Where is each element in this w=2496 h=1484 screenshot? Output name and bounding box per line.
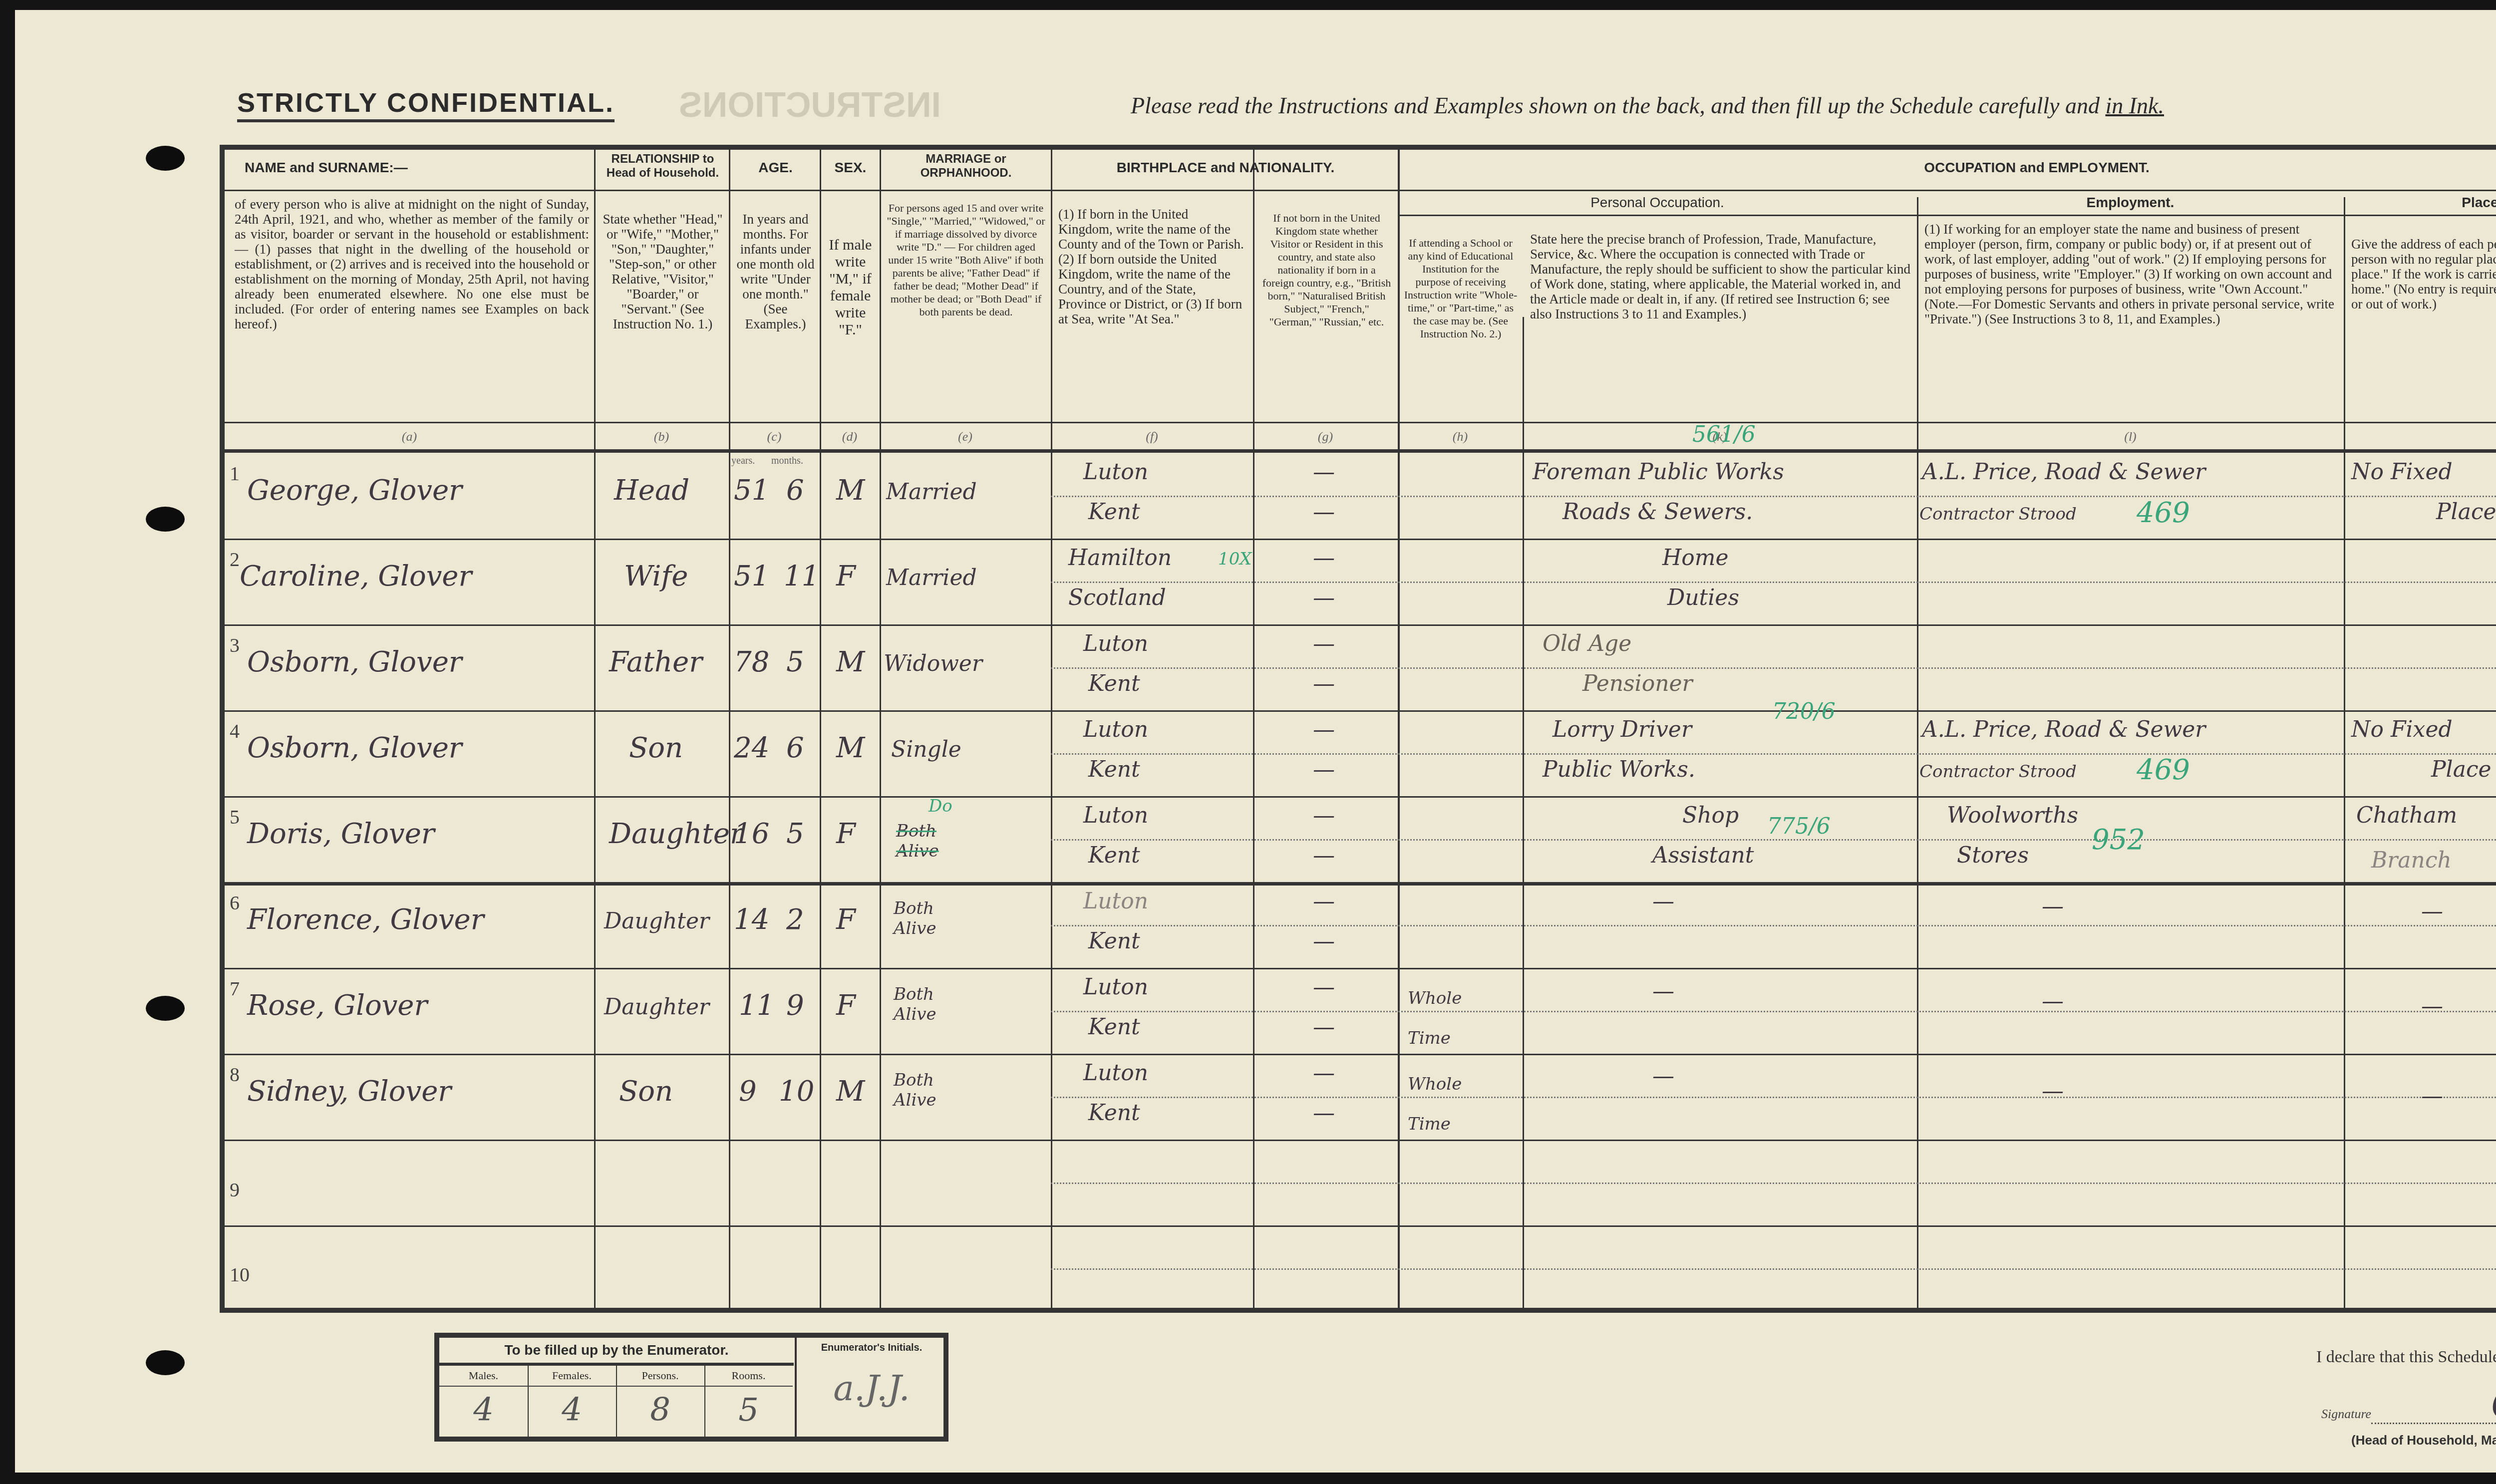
marriage-cell[interactable]: Both Alive bbox=[894, 1070, 953, 1110]
summary-heading: To be filled up by the Enumerator. bbox=[439, 1338, 794, 1366]
occupation-line-2[interactable]: Roads & Sewers. bbox=[1562, 499, 1753, 525]
col-c-title: AGE. bbox=[731, 160, 820, 176]
half-rule bbox=[1051, 925, 2496, 926]
name-cell[interactable]: Osborn, Glover bbox=[247, 732, 462, 764]
school-cell[interactable]: Whole Time bbox=[1408, 978, 1468, 1058]
age-months-cell[interactable]: 6 bbox=[786, 474, 804, 507]
rooms-value[interactable]: 5 bbox=[704, 1387, 793, 1434]
half-rule bbox=[1051, 1268, 2496, 1270]
marriage-struck-entry: Both Alive bbox=[896, 821, 956, 861]
birthplace-town[interactable]: Luton bbox=[1083, 1060, 1148, 1086]
sex-cell[interactable]: M bbox=[836, 646, 865, 678]
signature[interactable]: George Henry Glover, bbox=[2491, 1383, 2496, 1428]
workplace-line-2[interactable]: Branch bbox=[2371, 848, 2452, 873]
name-cell[interactable]: Florence, Glover bbox=[247, 903, 484, 936]
show-through-text: INSTRUCTIONS bbox=[679, 85, 941, 125]
col-g-instructions: If not born in the United Kingdom state … bbox=[1255, 210, 1398, 330]
sex-cell[interactable]: M bbox=[836, 474, 865, 507]
age-years-cell[interactable]: 51 bbox=[734, 560, 769, 593]
page-title: STRICTLY CONFIDENTIAL. bbox=[237, 87, 615, 122]
divider bbox=[1917, 197, 1918, 1308]
half-rule bbox=[1051, 582, 2496, 583]
relationship-cell[interactable]: Son bbox=[619, 1075, 673, 1108]
birthplace-county[interactable]: Kent bbox=[1088, 499, 1140, 525]
half-rule bbox=[1051, 839, 2496, 841]
name-cell[interactable]: Osborn, Glover bbox=[247, 646, 462, 678]
col-letter: (a) bbox=[225, 429, 594, 444]
row-rule bbox=[225, 796, 2496, 798]
employer-cell[interactable]: — bbox=[2042, 988, 2064, 1014]
age-years-cell[interactable]: 9 bbox=[739, 1075, 757, 1108]
punch-hole bbox=[146, 146, 185, 171]
males-value[interactable]: 4 bbox=[439, 1387, 528, 1434]
marriage-cell[interactable]: Both Alive bbox=[894, 984, 953, 1024]
workplace-cell[interactable]: — bbox=[2421, 898, 2443, 924]
occupation-cell[interactable]: — bbox=[1652, 889, 1674, 914]
age-years-cell[interactable]: 51 bbox=[734, 474, 769, 507]
age-months-cell[interactable]: 5 bbox=[786, 646, 804, 678]
col-e-instructions: For persons aged 15 and over write "Sing… bbox=[881, 200, 1051, 320]
col-letter: (m) bbox=[2344, 429, 2496, 444]
occupation-line-2[interactable]: Assistant bbox=[1652, 843, 1754, 868]
occupation-title: OCCUPATION and EMPLOYMENT. bbox=[1398, 160, 2496, 176]
nationality-cell[interactable]: — bbox=[1313, 1100, 1335, 1126]
nationality-cell[interactable]: — bbox=[1313, 545, 1335, 571]
half-rule bbox=[1051, 1097, 2496, 1098]
row-rule bbox=[225, 624, 2496, 626]
employer-line-1[interactable]: A.L. Price, Road & Sewer bbox=[1922, 459, 2205, 485]
col-e-title: MARRIAGE or ORPHANHOOD. bbox=[881, 152, 1051, 180]
census-table: NAME and SURNAME:— RELATIONSHIP to Head … bbox=[220, 145, 2496, 1313]
age-years-cell[interactable]: 14 bbox=[734, 903, 769, 936]
school-cell[interactable]: Whole Time bbox=[1408, 1064, 1468, 1144]
row-number: 8 bbox=[230, 1063, 240, 1086]
birthplace-town[interactable]: Luton bbox=[1083, 631, 1148, 656]
fill-instructions: Please read the Instructions and Example… bbox=[1131, 92, 2164, 119]
birthplace-town[interactable]: Luton bbox=[1083, 459, 1148, 485]
workplace-line-2[interactable]: Place Strood bbox=[2436, 499, 2496, 525]
persons-value[interactable]: 8 bbox=[616, 1387, 704, 1434]
employer-cell[interactable]: — bbox=[2042, 1078, 2064, 1104]
col-b-instructions: State whether "Head," or "Wife," "Mother… bbox=[597, 210, 729, 333]
workplace-cell[interactable]: — bbox=[2421, 1083, 2443, 1109]
relationship-cell[interactable]: Daughter bbox=[604, 908, 709, 934]
col-letter: (b) bbox=[594, 429, 729, 444]
males-field: Males. 4 bbox=[439, 1366, 529, 1438]
row-rule bbox=[225, 710, 2496, 712]
relationship-cell[interactable]: Wife bbox=[624, 560, 688, 593]
persons-field: Persons. 8 bbox=[616, 1366, 705, 1438]
persons-label: Persons. bbox=[616, 1366, 704, 1387]
occupation-code: 561/6 bbox=[1692, 422, 1756, 447]
initials-value[interactable]: a.J.J. bbox=[797, 1368, 946, 1409]
col-b-title: RELATIONSHIP to Head of Household. bbox=[597, 152, 729, 180]
relationship-cell[interactable]: Son bbox=[629, 732, 683, 764]
divider bbox=[1523, 317, 1524, 1308]
nationality-cell[interactable]: — bbox=[1313, 843, 1335, 868]
signature-note: (Head of Household, Manager of Establish… bbox=[2351, 1433, 2496, 1448]
sex-cell[interactable]: F bbox=[836, 989, 856, 1022]
age-years-sublabel: years. bbox=[731, 455, 755, 467]
col-l-instructions: (1) If working for an employer state the… bbox=[1919, 220, 2344, 328]
punch-hole bbox=[146, 1350, 185, 1375]
females-value[interactable]: 4 bbox=[528, 1387, 616, 1434]
row-rule bbox=[225, 539, 2496, 540]
marriage-cell[interactable]: Widower bbox=[884, 651, 982, 676]
employer-code: 469 bbox=[2137, 754, 2190, 786]
relationship-cell[interactable]: Daughter bbox=[609, 818, 743, 850]
row-number: 2 bbox=[230, 548, 240, 571]
col-d-title: SEX. bbox=[821, 160, 880, 176]
nationality-cell[interactable]: — bbox=[1313, 717, 1335, 742]
occupation-line-2[interactable]: Pensioner bbox=[1582, 671, 1693, 696]
nationality-cell[interactable]: — bbox=[1313, 757, 1335, 782]
name-cell[interactable]: Rose, Glover bbox=[247, 989, 427, 1022]
age-years-cell[interactable]: 78 bbox=[734, 646, 769, 678]
divider bbox=[2344, 197, 2345, 1308]
nationality-cell[interactable]: — bbox=[1313, 631, 1335, 656]
rooms-label: Rooms. bbox=[704, 1366, 793, 1387]
sex-cell[interactable]: F bbox=[836, 818, 856, 850]
name-cell[interactable]: Doris, Glover bbox=[247, 818, 435, 850]
age-months-cell[interactable]: 10 bbox=[779, 1075, 814, 1108]
occupation-line-1[interactable]: Foreman Public Works bbox=[1533, 459, 1784, 485]
birthplace-town[interactable]: Luton bbox=[1083, 889, 1148, 914]
birthplace-county[interactable]: Scotland bbox=[1068, 585, 1166, 610]
col-letter: (f) bbox=[1051, 429, 1253, 444]
employer-cell[interactable]: — bbox=[2042, 893, 2064, 919]
birthplace-county[interactable]: Kent bbox=[1088, 928, 1140, 954]
age-months-cell[interactable]: 6 bbox=[786, 732, 804, 764]
marriage-cell[interactable]: Do bbox=[929, 796, 952, 816]
birthplace-county[interactable]: Kent bbox=[1088, 1014, 1140, 1040]
row-number: 6 bbox=[230, 891, 240, 914]
sex-cell[interactable]: M bbox=[836, 732, 865, 764]
birthplace-county[interactable]: Kent bbox=[1088, 1100, 1140, 1126]
divider bbox=[594, 150, 596, 1308]
punch-hole bbox=[146, 996, 185, 1021]
declaration-text: I declare that this Schedule is correctl… bbox=[2316, 1348, 2496, 1367]
nationality-cell[interactable]: — bbox=[1313, 974, 1335, 1000]
marriage-cell[interactable]: Single bbox=[891, 737, 961, 762]
occupation-line-1[interactable]: Shop bbox=[1682, 803, 1739, 828]
name-cell[interactable]: Sidney, Glover bbox=[247, 1075, 451, 1108]
employer-code: 469 bbox=[2137, 497, 2190, 529]
punch-hole bbox=[146, 507, 185, 532]
divider bbox=[1051, 150, 1052, 1308]
nationality-cell[interactable]: — bbox=[1313, 928, 1335, 954]
enumerator-initials-field: Enumerator's Initials. a.J.J. bbox=[795, 1338, 946, 1438]
marriage-cell[interactable]: Both Alive bbox=[894, 898, 953, 938]
employer-line-2[interactable]: Contractor Strood bbox=[1919, 762, 2077, 782]
birthplace-town[interactable]: Luton bbox=[1083, 974, 1148, 1000]
nationality-cell[interactable]: — bbox=[1313, 459, 1335, 485]
birthplace-county[interactable]: Kent bbox=[1088, 671, 1140, 696]
half-rule bbox=[1051, 667, 2496, 669]
row-number: 9 bbox=[230, 1178, 240, 1201]
occupation-cell[interactable]: — bbox=[1652, 1063, 1674, 1089]
col-d-instructions: If male write "M," if female write "F." bbox=[821, 235, 880, 340]
half-rule bbox=[1051, 496, 2496, 497]
sex-cell[interactable]: M bbox=[836, 1075, 865, 1108]
workplace-line-2[interactable]: Place Strood bbox=[2431, 757, 2496, 782]
workplace-line-1[interactable]: Chatham bbox=[2356, 803, 2457, 828]
nationality-cell[interactable]: — bbox=[1313, 499, 1335, 525]
col-f-instructions: (1) If born in the United Kingdom, write… bbox=[1053, 205, 1250, 328]
initials-label: Enumerator's Initials. bbox=[797, 1338, 946, 1358]
name-cell[interactable]: Caroline, Glover bbox=[240, 560, 472, 593]
workplace-line-1[interactable]: No Fixed bbox=[2351, 459, 2453, 485]
col-k-instructions: State here the precise branch of Profess… bbox=[1525, 230, 1917, 323]
relationship-cell[interactable]: Head bbox=[614, 474, 689, 507]
col-a-title: NAME and SURNAME:— bbox=[245, 160, 408, 176]
occupation-line-1[interactable]: Home bbox=[1662, 545, 1729, 571]
row-number: 7 bbox=[230, 977, 240, 1000]
age-months-cell[interactable]: 2 bbox=[786, 903, 804, 936]
occupation-cell[interactable]: — bbox=[1652, 978, 1674, 1004]
nationality-cell[interactable]: — bbox=[1313, 889, 1335, 914]
col-h-instructions: If attending a School or any kind of Edu… bbox=[1399, 235, 1523, 342]
workplace-cell[interactable]: — bbox=[2421, 993, 2443, 1019]
col-l-title: Employment. bbox=[1917, 195, 2344, 211]
occupation-line-2[interactable]: Duties bbox=[1667, 585, 1739, 610]
rule bbox=[1398, 215, 2496, 216]
relationship-cell[interactable]: Daughter bbox=[604, 994, 709, 1020]
employer-line-1[interactable]: Woolworths bbox=[1947, 803, 2078, 828]
name-cell[interactable]: George, Glover bbox=[247, 474, 462, 507]
half-rule bbox=[1051, 1183, 2496, 1184]
half-rule bbox=[1051, 753, 2496, 755]
personal-occupation-title: Personal Occupation. bbox=[1398, 195, 1917, 211]
col-letter: (g) bbox=[1253, 429, 1398, 444]
occupation-code: 720/6 bbox=[1772, 699, 1836, 724]
birthplace-county[interactable]: Kent bbox=[1088, 757, 1140, 782]
females-label: Females. bbox=[528, 1366, 616, 1387]
divider bbox=[729, 150, 730, 1308]
employer-line-2[interactable]: Contractor Strood bbox=[1919, 504, 2077, 524]
age-years-cell[interactable]: 11 bbox=[739, 989, 774, 1022]
col-letter: (e) bbox=[880, 429, 1051, 444]
workplace-line-1[interactable]: No Fixed bbox=[2351, 717, 2453, 742]
birthplace-town[interactable]: Luton bbox=[1083, 803, 1148, 828]
rule bbox=[225, 449, 2496, 453]
age-months-sublabel: months. bbox=[771, 455, 803, 467]
row-rule bbox=[225, 1054, 2496, 1055]
signature-line bbox=[2371, 1423, 2496, 1424]
birthplace-code: 10X bbox=[1218, 549, 1251, 569]
col-m-instructions: Give the address of each person's place … bbox=[2346, 235, 2496, 313]
signature-label: Signature bbox=[2321, 1407, 2371, 1422]
females-field: Females. 4 bbox=[528, 1366, 617, 1438]
males-label: Males. bbox=[439, 1366, 528, 1387]
instruction-emphasis: in Ink. bbox=[2105, 93, 2164, 118]
row-rule bbox=[225, 1225, 2496, 1227]
col-letter: (l) bbox=[1917, 429, 2344, 444]
birthplace-town[interactable]: Hamilton bbox=[1068, 545, 1172, 571]
col-c-instructions: In years and months. For infants under o… bbox=[731, 210, 820, 333]
row-number: 10 bbox=[230, 1263, 250, 1286]
nationality-cell[interactable]: — bbox=[1313, 585, 1335, 610]
relationship-cell[interactable]: Father bbox=[609, 646, 702, 678]
col-m-title: Place of Work. bbox=[2344, 195, 2496, 211]
employer-line-1[interactable]: A.L. Price, Road & Sewer bbox=[1922, 717, 2205, 742]
marriage-cell[interactable]: Married bbox=[886, 565, 977, 591]
col-letter: (h) bbox=[1398, 429, 1523, 444]
col-a-instructions: of every person who is alive at midnight… bbox=[230, 195, 594, 419]
divider bbox=[1253, 150, 1254, 1308]
age-years-cell[interactable]: 16 bbox=[734, 818, 769, 850]
age-years-cell[interactable]: 24 bbox=[734, 732, 769, 764]
birthplace-town[interactable]: Luton bbox=[1083, 717, 1148, 742]
nationality-cell[interactable]: — bbox=[1313, 1060, 1335, 1086]
row-number: 4 bbox=[230, 719, 240, 743]
rooms-field: Rooms. 5 bbox=[704, 1366, 793, 1438]
occupation-line-2[interactable]: Public Works. bbox=[1543, 757, 1695, 782]
birthplace-county[interactable]: Kent bbox=[1088, 843, 1140, 868]
occupation-code: 775/6 bbox=[1767, 814, 1831, 839]
age-months-cell[interactable]: 9 bbox=[786, 989, 804, 1022]
employer-line-2[interactable]: Stores bbox=[1957, 843, 2029, 868]
instruction-text: Please read the Instructions and Example… bbox=[1131, 93, 2105, 118]
row-number: 3 bbox=[230, 633, 240, 657]
occupation-line-1[interactable]: Old Age bbox=[1543, 631, 1631, 656]
age-months-cell[interactable]: 11 bbox=[784, 560, 819, 593]
row-rule bbox=[225, 882, 2496, 886]
birthplace-title: BIRTHPLACE and NATIONALITY. bbox=[1053, 160, 1398, 176]
row-rule bbox=[225, 1140, 2496, 1141]
marriage-cell[interactable]: Married bbox=[886, 479, 977, 505]
occupation-line-1[interactable]: Lorry Driver bbox=[1553, 717, 1692, 742]
rule bbox=[225, 190, 2496, 191]
col-letter: (d) bbox=[820, 429, 880, 444]
nationality-cell[interactable]: — bbox=[1313, 671, 1335, 696]
half-rule bbox=[1051, 1011, 2496, 1012]
nationality-cell[interactable]: — bbox=[1313, 1014, 1335, 1040]
nationality-cell[interactable]: — bbox=[1313, 803, 1335, 828]
enumerator-summary-box: To be filled up by the Enumerator. Males… bbox=[434, 1333, 948, 1442]
rule bbox=[225, 422, 2496, 423]
sex-cell[interactable]: F bbox=[836, 903, 856, 936]
sex-cell[interactable]: F bbox=[836, 560, 856, 593]
age-months-cell[interactable]: 5 bbox=[786, 818, 804, 850]
employer-code: 952 bbox=[2092, 824, 2145, 856]
row-number: 1 bbox=[230, 462, 240, 485]
divider bbox=[880, 150, 881, 1308]
row-number: 5 bbox=[230, 805, 240, 829]
row-rule bbox=[225, 968, 2496, 969]
col-letter: (c) bbox=[729, 429, 820, 444]
